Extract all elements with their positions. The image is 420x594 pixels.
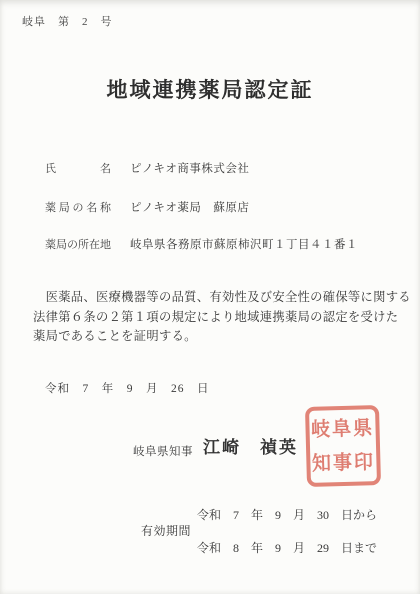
signer-title: 岐阜県知事 — [133, 443, 193, 459]
document-number: 岐阜 第 2 号 — [22, 13, 113, 29]
field-value-pharmacy-name: ピノキオ薬局 蘇原店 — [130, 199, 420, 215]
signer-name: 江崎 禎英 — [203, 433, 298, 458]
statement-line-3: 薬局であることを証明する。 — [33, 327, 395, 347]
official-red-seal: 岐阜県 知事印 — [305, 405, 381, 487]
validity-from-date: 令和 7 年 9 月 30 日から — [197, 506, 377, 523]
field-label-name: 氏名 — [45, 160, 111, 176]
certificate-title: 地域連携薬局認定証 — [0, 74, 420, 104]
certification-statement: 医薬品、医療機器等の品質、有効性及び安全性の確保等に関する 法律第６条の２第１項… — [33, 288, 395, 347]
issue-date: 令和 7 年 9 月 26 日 — [45, 380, 210, 396]
statement-line-1: 医薬品、医療機器等の品質、有効性及び安全性の確保等に関する — [33, 288, 395, 308]
certificate-document: 岐阜 第 2 号 地域連携薬局認定証 氏名 ピノキオ商事株式会社 薬局の名称 ピ… — [0, 0, 420, 594]
statement-line-2: 法律第６条の２第１項の規定により地域連携薬局の認定を受けた — [33, 308, 395, 328]
field-label-pharmacy-address: 薬局の所在地 — [45, 236, 111, 252]
field-value-name: ピノキオ商事株式会社 — [130, 160, 420, 176]
seal-text-row-1: 岐阜県 — [309, 413, 376, 445]
field-label-pharmacy-name: 薬局の名称 — [45, 199, 111, 215]
validity-to-date: 令和 8 年 9 月 29 日まで — [197, 539, 377, 556]
seal-text-row-2: 知事印 — [310, 447, 377, 479]
field-value-pharmacy-address: 岐阜県各務原市蘇原柿沢町１丁目４１番１ — [130, 236, 420, 252]
validity-period-label: 有効期間 — [141, 522, 191, 539]
